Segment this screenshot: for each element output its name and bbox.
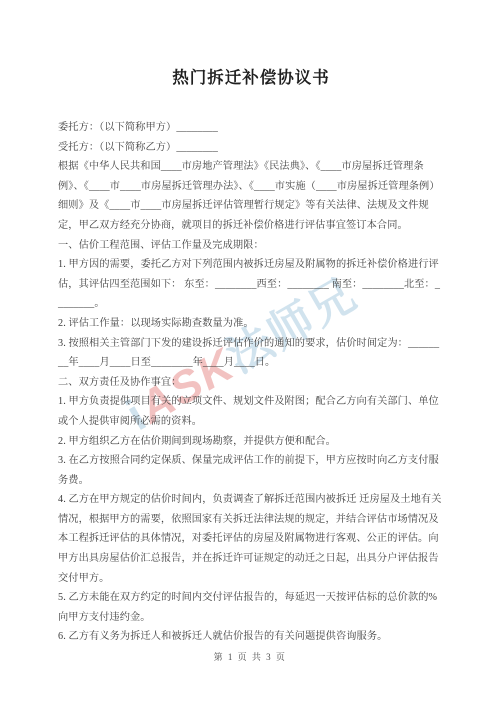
paragraph: 4. 乙方在甲方规定的估价时间内，负责调查了解拆迁范围内被拆迁 迁房屋及土地有关…: [58, 490, 444, 588]
paragraph: 2. 评估工作量：以现场实际勘查数量为准。: [58, 314, 444, 334]
paragraph: 3. 按照相关主管部门下发的建设拆迁评估作价的通知的要求，估价时间定为：____…: [58, 334, 444, 373]
paragraph: 2. 甲方组织乙方在估价期间到现场勘察，并提供方便和配合。: [58, 432, 444, 452]
document-content: 热门拆迁补偿协议书 委托方：（以下简称甲方）________受托方：（以下简称乙…: [58, 64, 444, 647]
paragraph: 6. 乙方有义务为拆迁人和被拆迁人就估价报告的有关问题提供咨询服务。: [58, 627, 444, 647]
paragraph: 二、双方责任及协作事宜：: [58, 373, 444, 393]
paragraph: 1. 甲方负责提供项目有关的立项文件、规划文件及附图；配合乙方向有关部门、单位或…: [58, 392, 444, 431]
document-page: iASK法师兄 热门拆迁补偿协议书 委托方：（以下简称甲方）________受托…: [0, 0, 500, 706]
document-body: 委托方：（以下简称甲方）________受托方：（以下简称乙方）________…: [58, 118, 444, 647]
page-number: 第 1 页 共 3 页: [0, 650, 500, 663]
paragraph: 1. 甲方因的需要，委托乙方对下列范围内被拆迁房屋及附属物的拆迁补偿价格进行评估…: [58, 255, 444, 314]
paragraph: 委托方：（以下简称甲方）________: [58, 118, 444, 138]
paragraph: 3. 在乙方按照合同约定保质、保量完成评估工作的前提下，甲方应按时向乙方支付服务…: [58, 451, 444, 490]
paragraph: 受托方：（以下简称乙方）________: [58, 138, 444, 158]
document-title: 热门拆迁补偿协议书: [58, 64, 444, 88]
paragraph: 根据《中华人民共和国____市房地产管理法》《民法典》、《____市房屋拆迁管理…: [58, 157, 444, 235]
paragraph: 一、估价工程范围、评估工作量及完成期限：: [58, 236, 444, 256]
paragraph: 5. 乙方未能在双方约定的时间内交付评估报告的，每延迟一天按评估标的总价款的%向…: [58, 588, 444, 627]
